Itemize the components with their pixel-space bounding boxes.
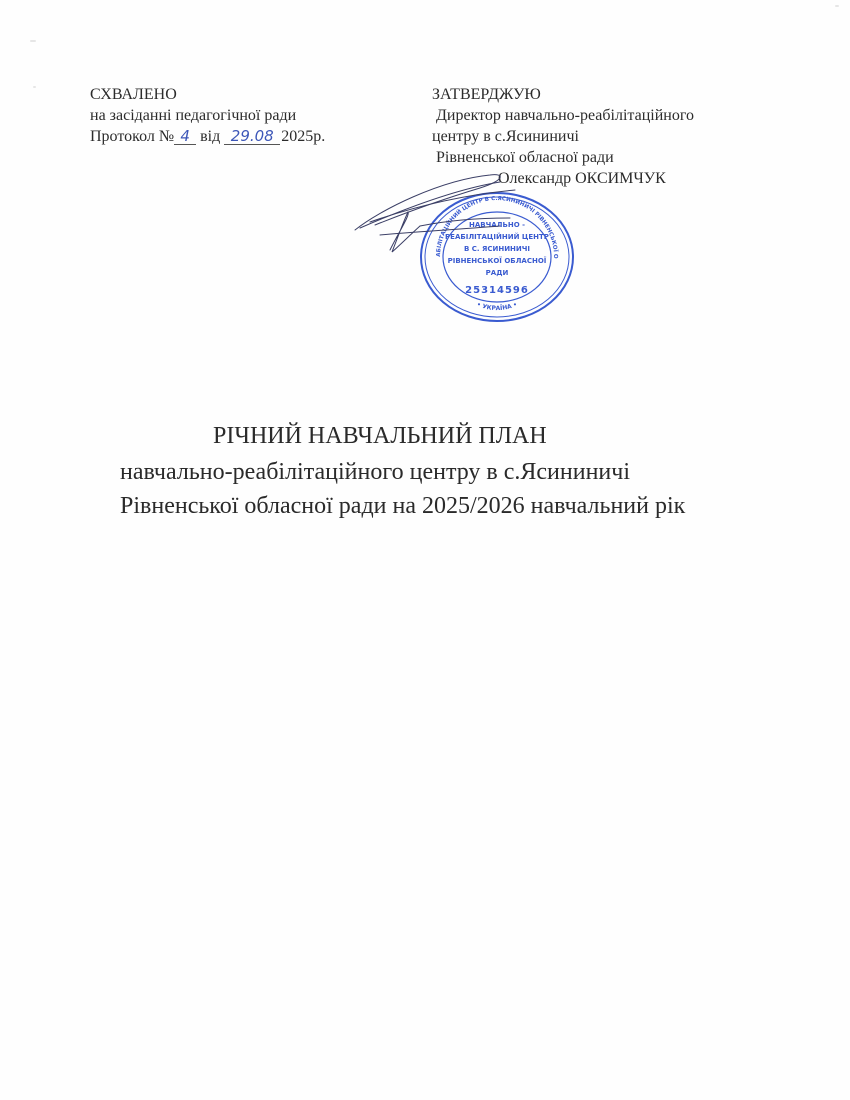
scan-speck [30,40,36,42]
approved-council-line: на засіданні педагогічної ради [90,105,325,126]
confirm-heading: ЗАТВЕРДЖУЮ [432,84,694,105]
svg-text:НАВЧАЛЬНО -: НАВЧАЛЬНО - [469,221,525,229]
signatory-name: Олександр ОКСИМЧУК [432,168,694,189]
document-page: СХВАЛЕНО на засіданні педагогічної ради … [0,0,850,1100]
svg-text:25314596: 25314596 [465,285,529,296]
protocol-prefix: Протокол № [90,128,174,145]
approved-heading: СХВАЛЕНО [90,84,325,105]
confirm-block: ЗАТВЕРДЖУЮ Директор навчально-реабілітац… [432,84,694,189]
protocol-number: 4 [174,128,196,145]
scan-speck [33,86,36,88]
svg-text:РЕАБІЛІТАЦІЙНИЙ ЦЕНТР: РЕАБІЛІТАЦІЙНИЙ ЦЕНТР [445,232,549,241]
protocol-line: Протокол №4 від 29.082025р. [90,126,325,147]
document-subtitle-line1: навчально-реабілітаційного центру в с.Яс… [120,456,630,489]
document-subtitle-line2: Рівненської обласної ради на 2025/2026 н… [120,490,685,523]
svg-text:В С. ЯСИНИНИЧІ: В С. ЯСИНИНИЧІ [464,245,530,253]
director-title-line1: Директор навчально-реабілітаційного [432,105,694,126]
official-stamp: НАВЧАЛЬНО-РЕАБІЛІТАЦІЙНИЙ ЦЕНТР В С.ЯСИН… [418,190,576,324]
director-title-line2: центру в с.Ясининичі [432,126,694,147]
stamp-bottom-text: • УКРАЇНА • [476,301,519,312]
director-title-line3: Рівненської обласної ради [432,147,694,168]
scan-speck [835,5,839,7]
svg-text:РАДИ: РАДИ [486,269,509,277]
approved-block: СХВАЛЕНО на засіданні педагогічної ради … [90,84,325,147]
date-prefix: від [200,128,220,145]
protocol-year: 2025р. [281,128,325,145]
document-title: РІЧНИЙ НАВЧАЛЬНИЙ ПЛАН [213,420,547,453]
protocol-date: 29.08 [224,128,280,145]
svg-text:РІВНЕНСЬКОЇ ОБЛАСНОЇ: РІВНЕНСЬКОЇ ОБЛАСНОЇ [448,256,547,265]
